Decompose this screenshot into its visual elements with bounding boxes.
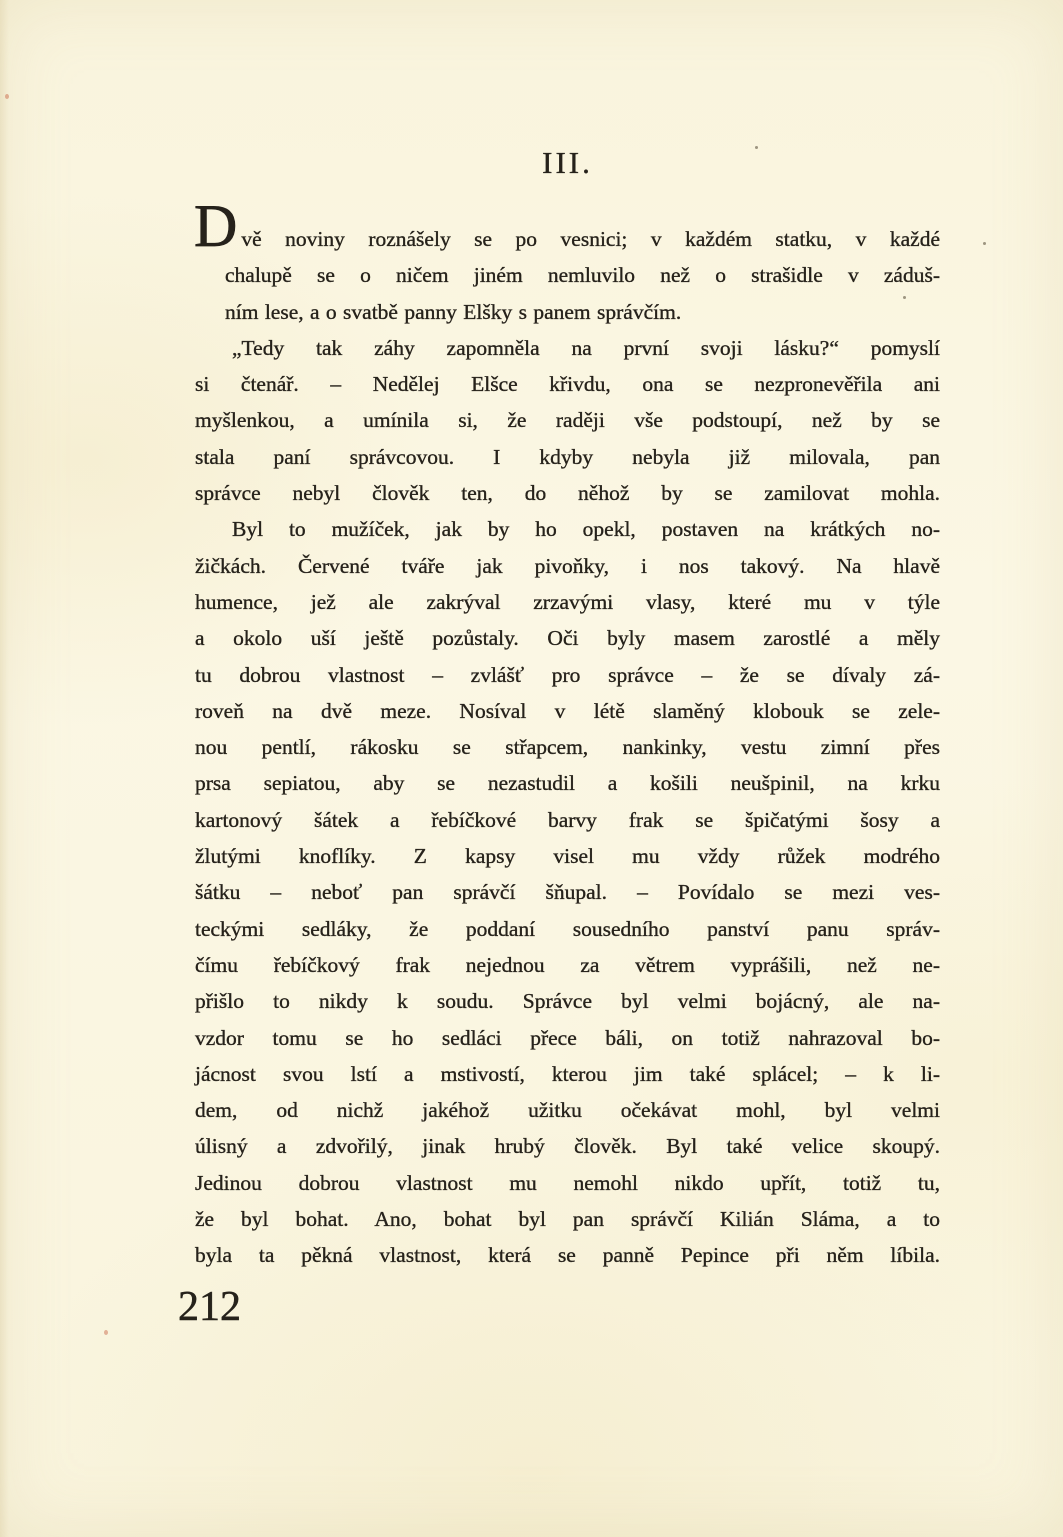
text-line: si čtenář. – Nedělej Elšce křivdu, ona s… [195, 366, 940, 402]
text-line: Byl to mužíček, jak by ho opekl, postave… [195, 511, 940, 547]
text-line: humence, jež ale zakrýval zrzavými vlasy… [195, 584, 940, 620]
text-line: čímu řebíčkový frak nejednou za větrem v… [195, 947, 940, 983]
text-line: byla ta pěkná vlastnost, která se panně … [195, 1237, 940, 1273]
text-line: správce nebyl člověk ten, do něhož by se… [195, 475, 940, 511]
text-line-content: vě noviny roznášely se po vesnici; v kaž… [241, 227, 940, 251]
text-block: Dvě noviny roznášely se po vesnici; v ka… [195, 221, 940, 1274]
text-line: Dvě noviny roznášely se po vesnici; v ka… [225, 221, 940, 257]
text-line: ním lese, a o svatbě panny Elšky s panem… [225, 294, 940, 330]
paper-speck [983, 242, 986, 245]
paragraph-1: Dvě noviny roznášely se po vesnici; v ka… [225, 221, 940, 330]
text-line: úlisný a zdvořilý, jinak hrubý člověk. B… [195, 1128, 940, 1164]
text-line: chalupě se o ničem jiném nemluvilo než o… [225, 257, 940, 293]
text-line: žlutými knoflíky. Z kapsy visel mu vždy … [195, 838, 940, 874]
text-line: Jedinou dobrou vlastnost mu nemohl nikdo… [195, 1165, 940, 1201]
text-line: vzdor tomu se ho sedláci přece báli, on … [195, 1020, 940, 1056]
text-line: přišlo to nikdy k soudu. Správce byl vel… [195, 983, 940, 1019]
text-line: jácnost svou lstí a mstivostí, kterou ji… [195, 1056, 940, 1092]
text-line: teckými sedláky, že poddaní sousedního p… [195, 911, 940, 947]
text-line: prsa sepiatou, aby se nezastudil a košil… [195, 765, 940, 801]
page-number: 212 [178, 1286, 241, 1328]
text-line: a okolo uší ještě pozůstaly. Oči byly ma… [195, 620, 940, 656]
text-line: stala paní správcovou. I kdyby nebyla ji… [195, 439, 940, 475]
paragraph-2: „Tedy tak záhy zapomněla na první svoji … [195, 330, 940, 511]
text-line: myšlenkou, a umínila si, že raději vše p… [195, 402, 940, 438]
text-line: dem, od nichž jakéhož užitku očekávat mo… [195, 1092, 940, 1128]
book-page: III. Dvě noviny roznášely se po vesnici;… [0, 0, 1063, 1537]
text-line: šátku – neboť pan správčí šňupal. – Poví… [195, 874, 940, 910]
text-line: že byl bohat. Ano, bohat byl pan správčí… [195, 1201, 940, 1237]
paragraph-3: Byl to mužíček, jak by ho opekl, postave… [195, 511, 940, 1273]
text-line: žičkách. Červené tváře jak pivoňky, i no… [195, 548, 940, 584]
text-line: „Tedy tak záhy zapomněla na první svoji … [195, 330, 940, 366]
paper-speck [5, 94, 9, 99]
text-line: tu dobrou vlastnost – zvlášť pro správce… [195, 657, 940, 693]
chapter-heading: III. [195, 146, 940, 180]
text-line: kartonový šátek a řebíčkové barvy frak s… [195, 802, 940, 838]
text-line: roveň na dvě meze. Nosíval v létě slaměn… [195, 693, 940, 729]
text-line: nou pentlí, rákosku se střapcem, nankink… [195, 729, 940, 765]
paper-speck [104, 1330, 108, 1335]
drop-cap-initial: D [194, 193, 237, 259]
